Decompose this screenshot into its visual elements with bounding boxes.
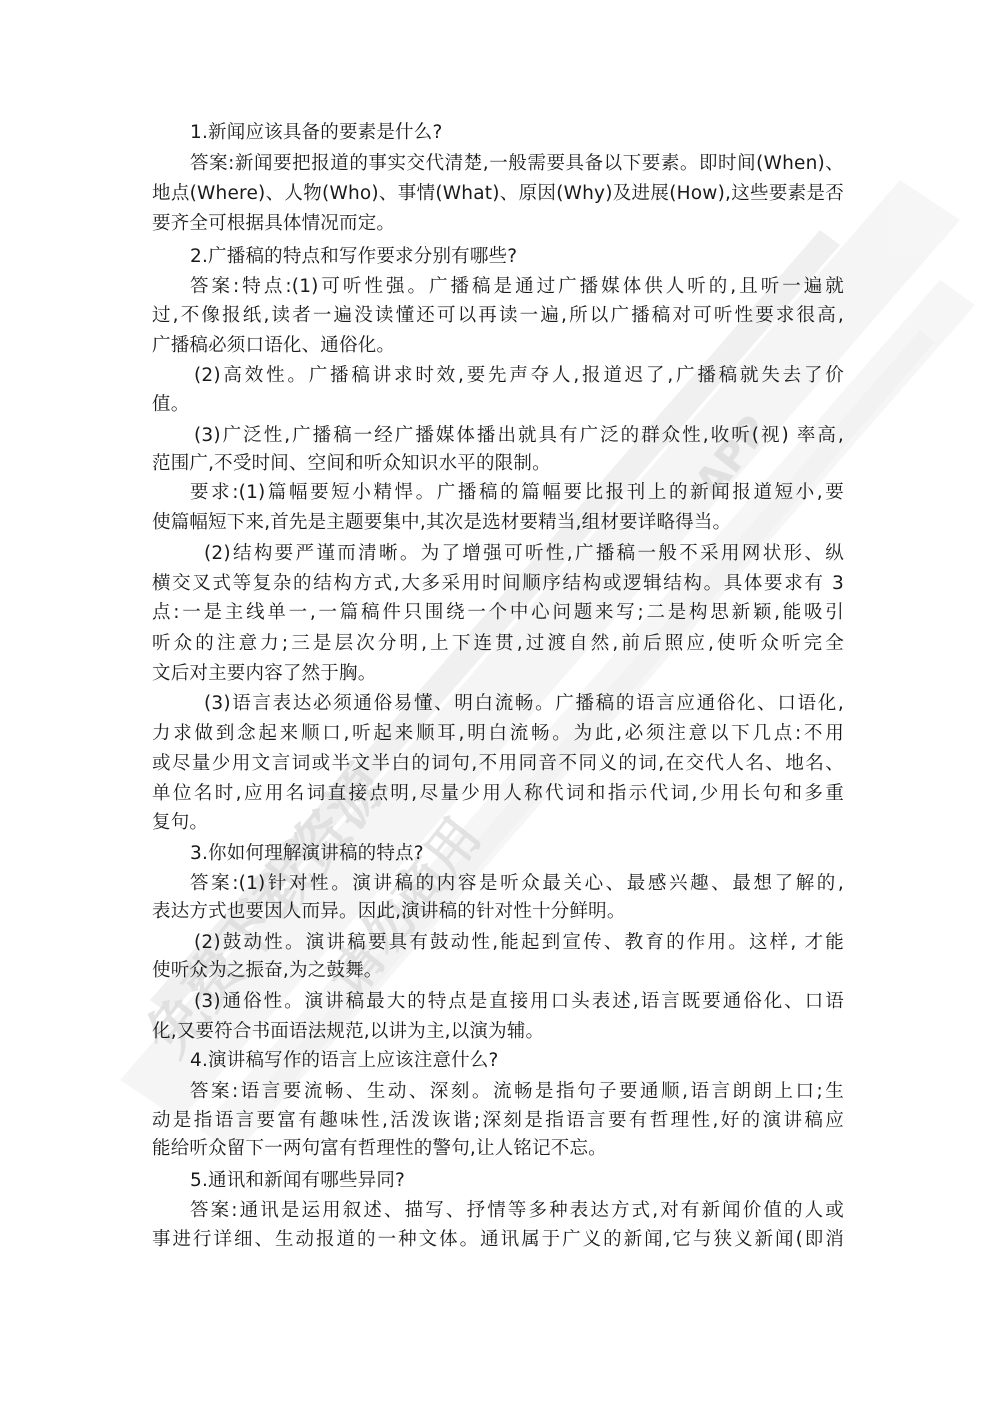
- answer-line: 值。: [152, 390, 189, 420]
- answer-line: 化,又要符合书面语法规范,以讲为主,以演为辅。: [152, 1017, 544, 1047]
- answer-line: 范围广,不受时间、空间和听众知识水平的限制。: [152, 449, 551, 479]
- answer-line: 答案:通讯是运用叙述、描写、抒情等多种表达方式,对有新闻价值的人或: [190, 1196, 844, 1226]
- answer-line: 单位名时,应用名词直接点明,尽量少用人称代词和指示代词,少用长句和多重: [152, 779, 844, 809]
- question-line: 2.广播稿的特点和写作要求分别有哪些?: [190, 242, 517, 272]
- answer-line: 文后对主要内容了然于胸。: [152, 659, 376, 689]
- answer-line: 地点(Where)、人物(Who)、事情(What)、原因(Why)及进展(Ho…: [152, 179, 844, 209]
- answer-line: 要齐全可根据具体情况而定。: [152, 209, 395, 239]
- answer-line: 或尽量少用文言词或半文半白的词句,不用同音不同义的词,在交代人名、地名、: [152, 749, 844, 779]
- answer-line: 复句。: [152, 808, 208, 838]
- question-line: 5.通讯和新闻有哪些异同?: [190, 1166, 405, 1196]
- answer-line: 广播稿必须口语化、通俗化。: [152, 331, 395, 361]
- answer-line: 点:一是主线单一,一篇稿件只围绕一个中心问题来写;二是构思新颖,能吸引: [152, 598, 844, 628]
- question-line: 1.新闻应该具备的要素是什么?: [190, 118, 442, 148]
- answer-line: 事进行详细、生动报道的一种文体。通讯属于广义的新闻,它与狭义新闻(即消: [152, 1225, 844, 1255]
- answer-line: 动是指语言要富有趣味性,活泼诙谐;深刻是指语言要有哲理性,好的演讲稿应: [152, 1106, 844, 1136]
- answer-line: 要求:(1)篇幅要短小精悍。广播稿的篇幅要比报刊上的新闻报道短小,要: [190, 478, 844, 508]
- question-line: 4.演讲稿写作的语言上应该注意什么?: [190, 1046, 499, 1076]
- answer-line: (3)通俗性。演讲稿最大的特点是直接用口头表述,语言既要通俗化、口语: [194, 987, 844, 1017]
- answer-line: (3)广泛性,广播稿一经广播媒体播出就具有广泛的群众性,收听(视) 率高,: [194, 421, 844, 451]
- answer-line: (2)结构要严谨而清晰。为了增强可听性,广播稿一般不采用网状形、纵: [204, 539, 844, 569]
- answer-line: 能给听众留下一两句富有哲理性的警句,让人铭记不忘。: [152, 1134, 607, 1164]
- answer-line: 答案:新闻要把报道的事实交代清楚,一般需要具备以下要素。即时间(When)、: [190, 149, 844, 179]
- answer-line: 答案:语言要流畅、生动、深刻。流畅是指句子要通顺,语言朗朗上口;生: [190, 1077, 844, 1107]
- answer-line: 使听众为之振奋,为之鼓舞。: [152, 956, 382, 986]
- answer-line: (2)高效性。广播稿讲求时效,要先声夺人,报道迟了,广播稿就失去了价: [194, 361, 844, 391]
- question-line: 3.你如何理解演讲稿的特点?: [190, 839, 424, 869]
- answer-line: 过,不像报纸,读者一遍没读懂还可以再读一遍,所以广播稿对可听性要求很高,: [152, 301, 844, 331]
- answer-line: 力求做到念起来顺口,听起来顺耳,明白流畅。为此,必须注意以下几点:不用: [152, 719, 844, 749]
- answer-line: 答案:(1)针对性。演讲稿的内容是听众最关心、最感兴趣、最想了解的,: [190, 869, 844, 899]
- answer-line: 听众的注意力;三是层次分明,上下连贯,过渡自然,前后照应,使听众听完全: [152, 629, 844, 659]
- answer-line: 横交叉式等复杂的结构方式,大多采用时间顺序结构或逻辑结构。具体要求有 3: [152, 569, 844, 599]
- answer-line: 表达方式也要因人而异。因此,演讲稿的针对性十分鲜明。: [152, 897, 626, 927]
- answer-line: (3)语言表达必须通俗易懂、明白流畅。广播稿的语言应通俗化、口语化,: [204, 689, 844, 719]
- answer-line: 答案:特点:(1)可听性强。广播稿是通过广播媒体供人听的,且听一遍就: [190, 272, 844, 302]
- answer-line: 使篇幅短下来,首先是主题要集中,其次是选材要精当,组材要详略得当。: [152, 508, 731, 538]
- answer-line: (2)鼓动性。演讲稿要具有鼓动性,能起到宣传、教育的作用。这样, 才能: [194, 928, 844, 958]
